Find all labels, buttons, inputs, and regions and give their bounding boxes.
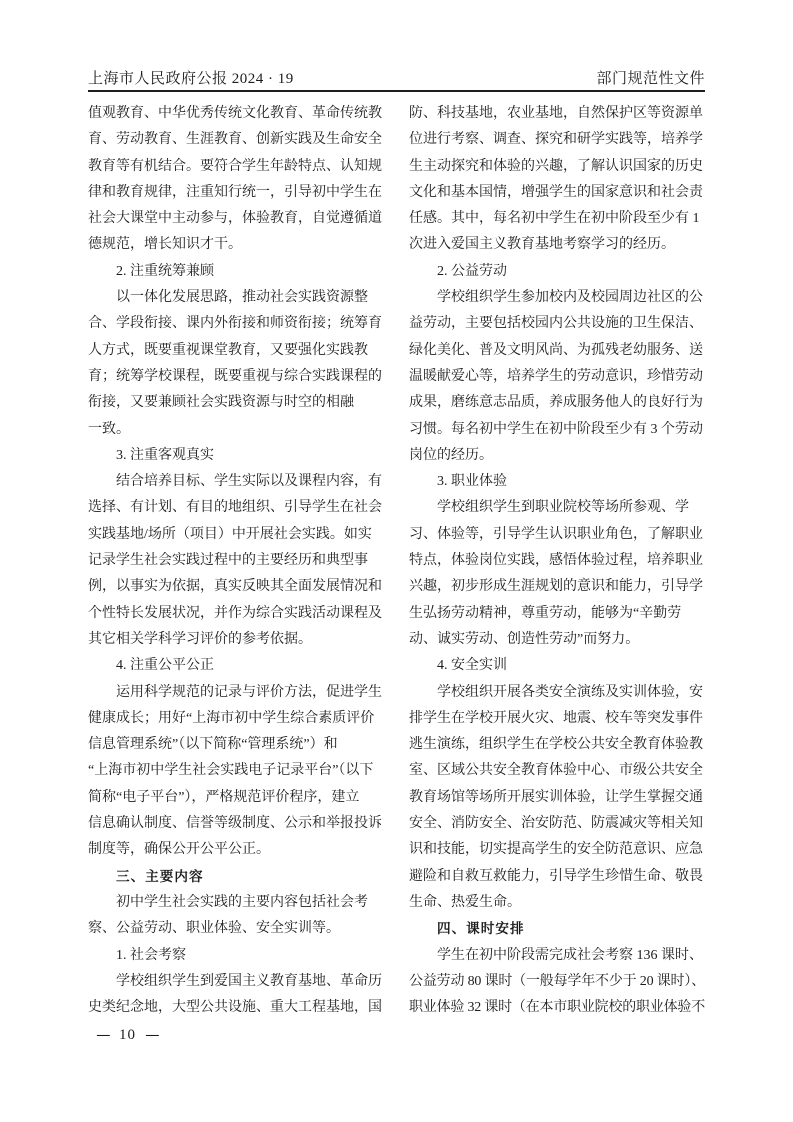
text-line: 以一体化发展思路，推动社会实践资源整	[88, 285, 384, 311]
text-line: 职业体验 32 课时（在本市职业院校的职业体验不	[409, 995, 705, 1021]
sub-heading: 2. 注重统筹兼顾	[88, 259, 384, 285]
paragraph: 值观教育、中华优秀传统文化教育、革命传统教育、劳动教育、生涯教育、创新实践及生命…	[88, 101, 384, 259]
text-line: 次进入爱国主义教育基地考察学习的经历。	[409, 232, 705, 258]
text-line: 社会大课堂中主动参与，体验教育，自觉遵循道	[88, 206, 384, 232]
paragraph: 学校组织学生参加校内及校园周边社区的公益劳动，主要包括校园内公共设施的卫生保洁、…	[409, 285, 705, 469]
text-line: 生主动探究和体验的兴趣，了解认识国家的历史	[409, 154, 705, 180]
text-line: “上海市初中学生社会实践电子记录平台”（以下	[88, 758, 384, 784]
section-heading: 四、课时安排	[409, 916, 705, 942]
text-line: 结合培养目标、学生实际以及课程内容，有	[88, 469, 384, 495]
text-line: 简称“电子平台”），严格规范评价程序，建立	[88, 785, 384, 811]
text-line: 生弘扬劳动精神，尊重劳动，能够为“辛勤劳	[409, 601, 705, 627]
column-right: 防、科技基地，农业基地，自然保护区等资源单位进行考察、调查、探究和研学实践等，培…	[409, 101, 705, 1021]
text-line: 室、区域公共安全教育体验中心、市级公共安全	[409, 758, 705, 784]
footer-dash-left: —	[97, 1024, 109, 1046]
text-line: 动、诚实劳动、创造性劳动”而努力。	[409, 627, 705, 653]
text-line: 选择、有计划、有目的地组织、引导学生在社会	[88, 495, 384, 521]
sub-heading: 4. 注重公平公正	[88, 653, 384, 679]
sub-heading: 1. 社会考察	[88, 943, 384, 969]
text-line: 公益劳动 80 课时（一般每学年不少于 20 课时）、	[409, 969, 705, 995]
text-line: 生命、热爱生命。	[409, 890, 705, 916]
text-line: 实践基地/场所（项目）中开展社会实践。如实	[88, 522, 384, 548]
header-gazette-title: 上海市人民政府公报 2024 · 19	[88, 67, 294, 88]
text-line: 三、主要内容	[88, 864, 384, 890]
text-line: 安全、消防安全、治安防范、防震减灾等相关知	[409, 811, 705, 837]
paragraph: 学校组织学生到爱国主义教育基地、革命历史类纪念地，大型公共设施、重大工程基地，国	[88, 969, 384, 1022]
text-line: 信息确认制度、信誉等级制度、公示和举报投诉	[88, 811, 384, 837]
text-line: 习、体验等，引导学生认识职业角色，了解职业	[409, 522, 705, 548]
paragraph: 学生在初中阶段需完成社会考察 136 课时、公益劳动 80 课时（一般每学年不少…	[409, 943, 705, 1022]
text-line: 一致。	[88, 417, 384, 443]
text-line: 教育等有机结合。要符合学生年龄特点、认知规	[88, 154, 384, 180]
text-line: 信息管理系统”（以下简称“管理系统”）和	[88, 732, 384, 758]
paragraph: 结合培养目标、学生实际以及课程内容，有选择、有计划、有目的地组织、引导学生在社会…	[88, 469, 384, 653]
text-line: 教育场馆等场所开展实训体验，让学生掌握交通	[409, 785, 705, 811]
page-footer: — 10 —	[96, 1024, 159, 1046]
text-line: 运用科学规范的记录与评价方法，促进学生	[88, 680, 384, 706]
text-line: 察、公益劳动、职业体验、安全实训等。	[88, 916, 384, 942]
text-line: 律和教育规律，注重知行统一，引导初中学生在	[88, 180, 384, 206]
paragraph: 防、科技基地，农业基地，自然保护区等资源单位进行考察、调查、探究和研学实践等，培…	[409, 101, 705, 259]
text-line: 人方式，既要重视课堂教育，又要强化实践教	[88, 338, 384, 364]
text-line: 德规范，增长知识才干。	[88, 232, 384, 258]
text-line: 4. 安全实训	[409, 653, 705, 679]
text-line: 识和技能，切实提高学生的安全防范意识、应急	[409, 837, 705, 863]
section-heading: 三、主要内容	[88, 864, 384, 890]
sub-heading: 4. 安全实训	[409, 653, 705, 679]
header-rule	[88, 90, 705, 92]
text-line: 例，以事实为依据，真实反映其全面发展情况和	[88, 574, 384, 600]
text-line: 学校组织学生参加校内及校园周边社区的公	[409, 285, 705, 311]
text-line: 益劳动，主要包括校园内公共设施的卫生保洁、	[409, 311, 705, 337]
header-section-label: 部门规范性文件	[596, 67, 705, 88]
text-line: 记录学生社会实践过程中的主要经历和典型事	[88, 548, 384, 574]
text-line: 学生在初中阶段需完成社会考察 136 课时、	[409, 943, 705, 969]
text-line: 岗位的经历。	[409, 443, 705, 469]
text-line: 1. 社会考察	[88, 943, 384, 969]
text-line: 3. 注重客观真实	[88, 443, 384, 469]
text-line: 成果，磨练意志品质，养成服务他人的良好行为	[409, 390, 705, 416]
text-line: 学校组织学生到职业院校等场所参观、学	[409, 495, 705, 521]
text-line: 初中学生社会实践的主要内容包括社会考	[88, 890, 384, 916]
text-line: 文化和基本国情，增强学生的国家意识和社会责	[409, 180, 705, 206]
text-line: 个性特长发展状况，并作为综合实践活动课程及	[88, 601, 384, 627]
footer-dash-right: —	[146, 1024, 158, 1046]
paragraph: 运用科学规范的记录与评价方法，促进学生健康成长；用好“上海市初中学生综合素质评价…	[88, 680, 384, 864]
text-line: 3. 职业体验	[409, 469, 705, 495]
text-line: 排学生在学校开展火灾、地震、校车等突发事件	[409, 706, 705, 732]
text-line: 衔接，又要兼顾社会实践资源与时空的相融	[88, 390, 384, 416]
text-line: 绿化美化、普及文明风尚、为孤残老幼服务、送	[409, 338, 705, 364]
text-line: 育、劳动教育、生涯教育、创新实践及生命安全	[88, 127, 384, 153]
text-line: 学校组织开展各类安全演练及实训体验，安	[409, 680, 705, 706]
document-page: 上海市人民政府公报 2024 · 19 部门规范性文件 值观教育、中华优秀传统文…	[0, 0, 793, 1122]
page-header: 上海市人民政府公报 2024 · 19 部门规范性文件	[88, 64, 705, 88]
text-line: 温暖献爱心等，培养学生的劳动意识，珍惜劳动	[409, 364, 705, 390]
text-line: 制度等，确保公开公平公正。	[88, 837, 384, 863]
text-line: 值观教育、中华优秀传统文化教育、革命传统教	[88, 101, 384, 127]
sub-heading: 2. 公益劳动	[409, 259, 705, 285]
text-line: 史类纪念地，大型公共设施、重大工程基地，国	[88, 995, 384, 1021]
paragraph: 以一体化发展思路，推动社会实践资源整合、学段衔接、课内外衔接和师资衔接；统筹育人…	[88, 285, 384, 443]
text-line: 2. 公益劳动	[409, 259, 705, 285]
text-line: 避险和自救互救能力，引导学生珍惜生命、敬畏	[409, 864, 705, 890]
page-number: 10	[119, 1024, 136, 1046]
text-line: 其它相关学科学习评价的参考依据。	[88, 627, 384, 653]
column-left: 值观教育、中华优秀传统文化教育、革命传统教育、劳动教育、生涯教育、创新实践及生命…	[88, 101, 384, 1021]
text-line: 健康成长；用好“上海市初中学生综合素质评价	[88, 706, 384, 732]
text-line: 任感。其中，每名初中学生在初中阶段至少有 1	[409, 206, 705, 232]
text-line: 位进行考察、调查、探究和研学实践等，培养学	[409, 127, 705, 153]
text-line: 兴趣，初步形成生涯规划的意识和能力，引导学	[409, 574, 705, 600]
text-line: 防、科技基地，农业基地，自然保护区等资源单	[409, 101, 705, 127]
text-line: 习惯。每名初中学生在初中阶段至少有 3 个劳动	[409, 417, 705, 443]
sub-heading: 3. 职业体验	[409, 469, 705, 495]
text-line: 学校组织学生到爱国主义教育基地、革命历	[88, 969, 384, 995]
paragraph: 学校组织开展各类安全演练及实训体验，安排学生在学校开展火灾、地震、校车等突发事件…	[409, 680, 705, 917]
paragraph: 初中学生社会实践的主要内容包括社会考察、公益劳动、职业体验、安全实训等。	[88, 890, 384, 943]
text-line: 4. 注重公平公正	[88, 653, 384, 679]
document-body: 值观教育、中华优秀传统文化教育、革命传统教育、劳动教育、生涯教育、创新实践及生命…	[88, 101, 705, 1021]
paragraph: 学校组织学生到职业院校等场所参观、学习、体验等，引导学生认识职业角色，了解职业特…	[409, 495, 705, 653]
sub-heading: 3. 注重客观真实	[88, 443, 384, 469]
text-line: 合、学段衔接、课内外衔接和师资衔接；统筹育	[88, 311, 384, 337]
text-line: 四、课时安排	[409, 916, 705, 942]
text-line: 育；统筹学校课程，既要重视与综合实践课程的	[88, 364, 384, 390]
text-line: 逃生演练，组织学生在学校公共安全教育体验教	[409, 732, 705, 758]
text-line: 2. 注重统筹兼顾	[88, 259, 384, 285]
text-line: 特点，体验岗位实践，感悟体验过程，培养职业	[409, 548, 705, 574]
